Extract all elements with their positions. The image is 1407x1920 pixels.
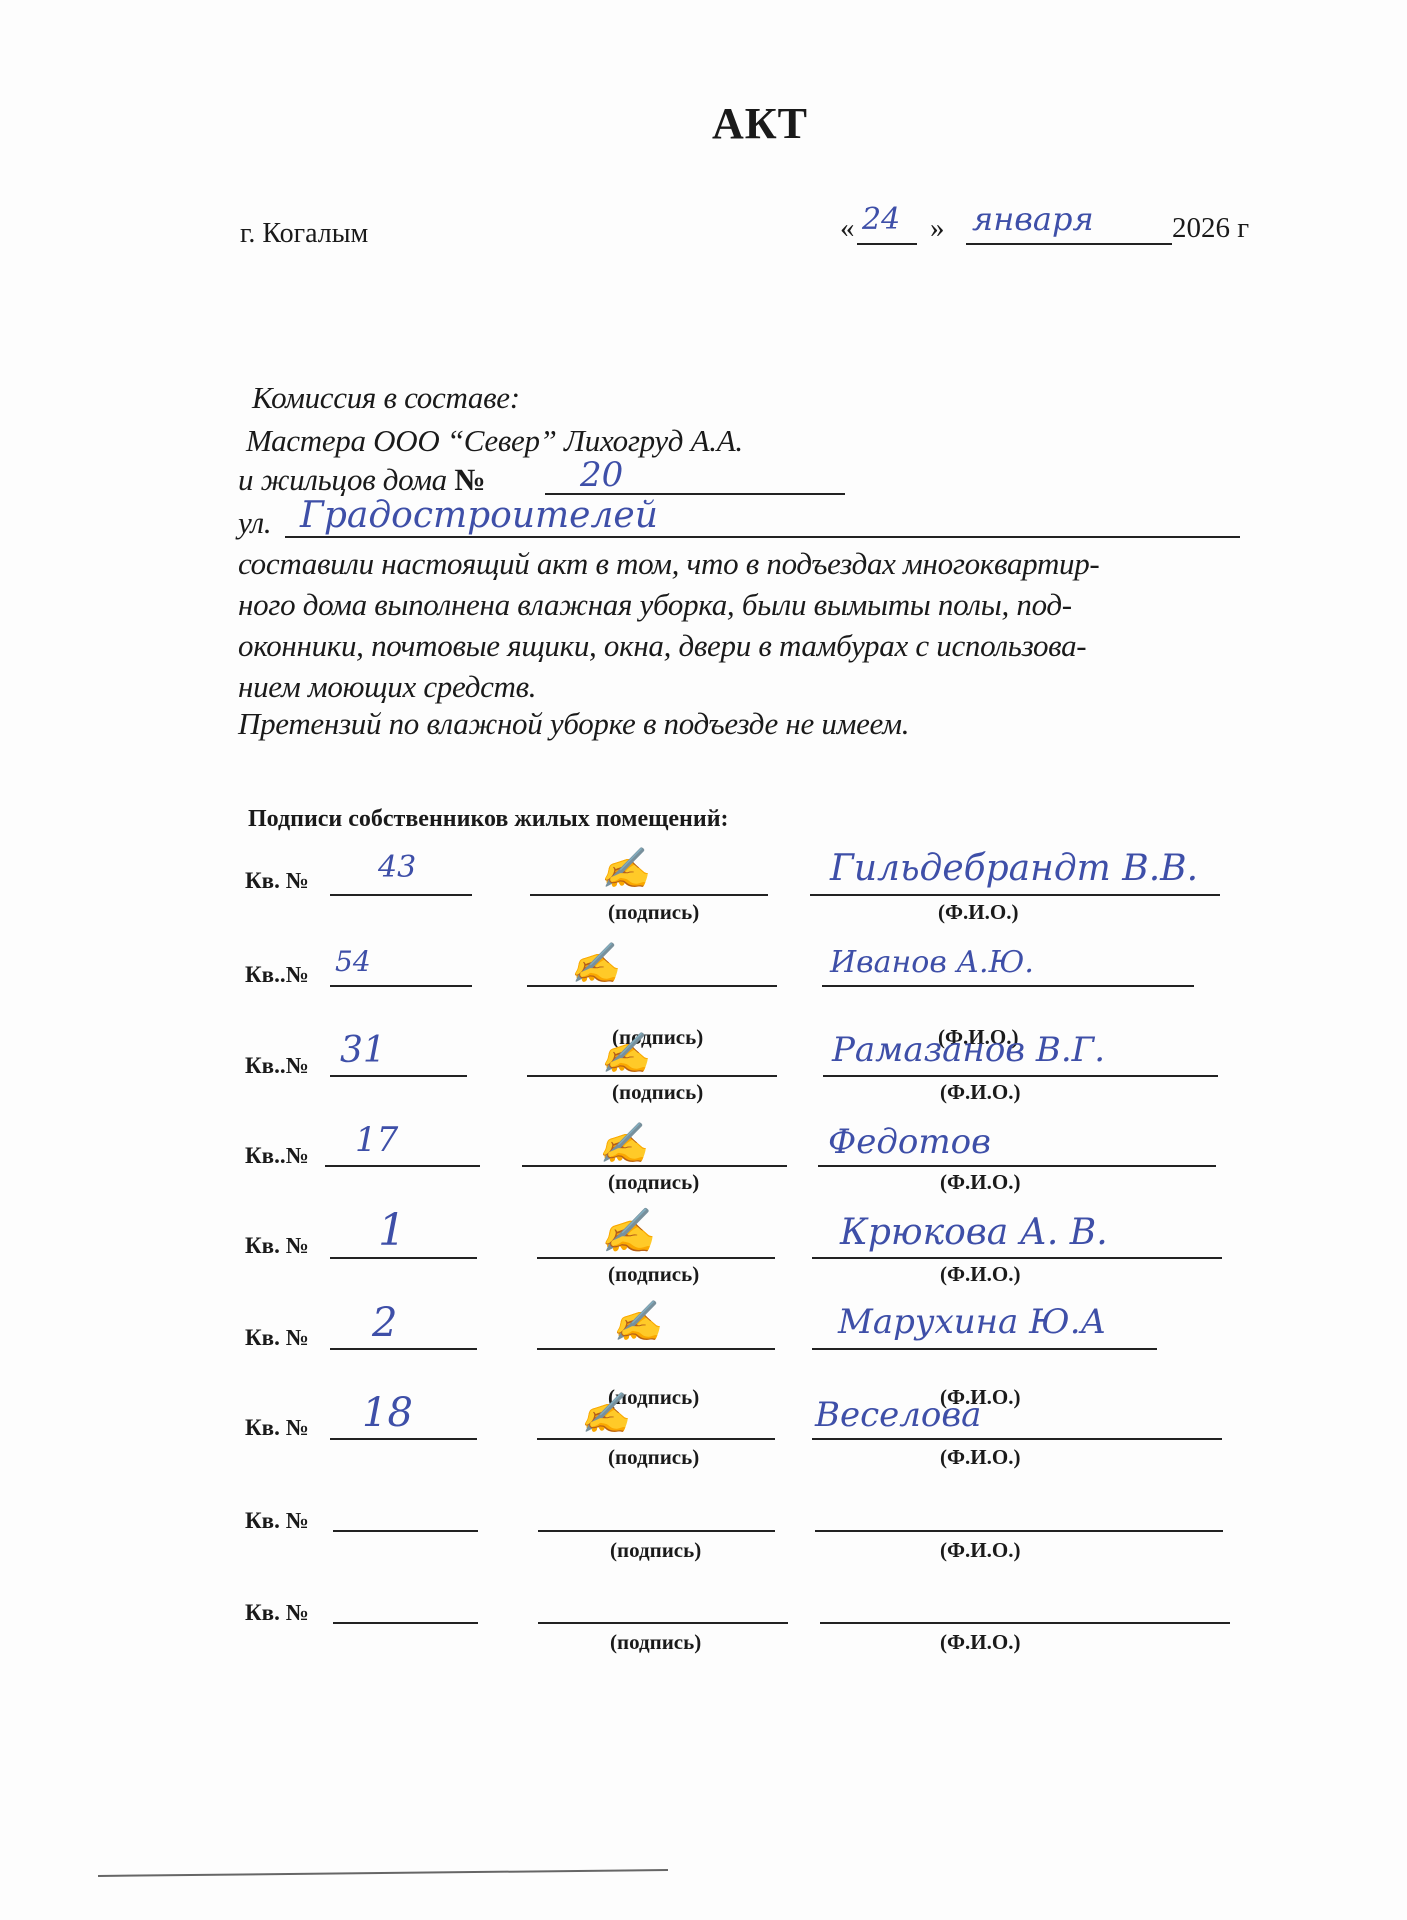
date-open-quote: « (840, 212, 855, 245)
name-caption: (Ф.И.О.) (940, 1445, 1020, 1470)
signature-field[interactable] (537, 1438, 775, 1440)
scan-artifact-line (98, 1869, 668, 1877)
signature-icon: ✍ (598, 1120, 648, 1167)
signature-field[interactable] (537, 1257, 775, 1259)
name-caption: (Ф.И.О.) (940, 1170, 1020, 1195)
apartment-label: Кв. № (245, 1233, 309, 1259)
apartment-number: 18 (362, 1390, 413, 1436)
signature-field[interactable] (537, 1348, 775, 1350)
apartment-number: 17 (355, 1120, 398, 1160)
apartment-field[interactable] (325, 1165, 480, 1167)
signature-caption: (подпись) (608, 1445, 699, 1470)
signature-field[interactable] (527, 985, 777, 987)
apartment-label: Кв..№ (245, 962, 309, 988)
signatures-heading: Подписи собственников жилых помещений: (248, 806, 729, 833)
apartment-field[interactable] (330, 1348, 477, 1350)
body-line-2: ного дома выполнена влажная уборка, были… (238, 587, 1072, 623)
street-name: Градостроителей (300, 495, 658, 536)
street-underline (285, 536, 1240, 538)
apartment-field[interactable] (330, 894, 472, 896)
house-number: 20 (580, 455, 623, 495)
body-line-4: нием моющих средств. (238, 669, 536, 705)
name-field[interactable] (818, 1165, 1216, 1167)
apartment-label: Кв..№ (245, 1053, 309, 1079)
apartment-field[interactable] (330, 1438, 477, 1440)
name-field[interactable] (823, 1075, 1218, 1077)
apartment-number: 1 (378, 1205, 406, 1256)
name-field[interactable] (822, 985, 1194, 987)
apartment-number: 2 (372, 1300, 397, 1346)
owner-name: Федотов (828, 1122, 991, 1162)
apartment-label: Кв..№ (245, 1143, 309, 1169)
apartment-number: 43 (378, 850, 416, 885)
body-line-1: составили настоящий акт в том, что в под… (238, 546, 1099, 582)
signature-caption: (подпись) (608, 1262, 699, 1287)
apartment-field[interactable] (330, 985, 472, 987)
apartment-label: Кв. № (245, 1415, 309, 1441)
apartment-field[interactable] (330, 1075, 467, 1077)
name-caption: (Ф.И.О.) (940, 1630, 1020, 1655)
name-field[interactable] (820, 1622, 1230, 1624)
signature-field[interactable] (538, 1530, 775, 1532)
signature-icon: ✍ (600, 845, 650, 892)
apartment-label: Кв. № (245, 1325, 309, 1351)
name-caption: (Ф.И.О.) (940, 1080, 1020, 1105)
name-field[interactable] (812, 1438, 1222, 1440)
commission-line-1: Комиссия в составе: (252, 380, 520, 416)
apartment-number: 54 (335, 945, 371, 978)
name-caption: (Ф.И.О.) (940, 1538, 1020, 1563)
apartment-field[interactable] (330, 1257, 477, 1259)
street-label: ул. (238, 505, 271, 541)
day-underline (857, 243, 917, 245)
body-line-5: Претензий по влажной уборке в подъезде н… (238, 706, 909, 742)
owner-name: Веселова (815, 1395, 981, 1435)
signature-field[interactable] (522, 1165, 787, 1167)
signature-icon: ✍ (580, 1390, 630, 1437)
document-title: АКТ (0, 98, 1407, 149)
apartment-label: Кв. № (245, 1508, 309, 1534)
signature-field[interactable] (527, 1075, 777, 1077)
signature-caption: (подпись) (610, 1630, 701, 1655)
name-field[interactable] (812, 1257, 1222, 1259)
month-underline (966, 243, 1172, 245)
signature-caption: (подпись) (608, 900, 699, 925)
name-field[interactable] (812, 1348, 1157, 1350)
signature-caption: (подпись) (610, 1538, 701, 1563)
residents-label: и жильцов дома (238, 462, 454, 497)
apartment-label: Кв. № (245, 868, 309, 894)
name-caption: (Ф.И.О.) (940, 1262, 1020, 1287)
signature-caption: (подпись) (612, 1080, 703, 1105)
city: г. Когалым (240, 218, 368, 250)
apartment-number: 31 (340, 1030, 386, 1071)
apartment-field[interactable] (333, 1622, 478, 1624)
owner-name: Гильдебрандт В.В. (830, 848, 1198, 889)
date-year: 2026 г (1172, 212, 1249, 245)
signature-caption: (подпись) (608, 1170, 699, 1195)
signature-icon: ✍ (600, 1030, 650, 1077)
signature-icon: ✍ (612, 1298, 662, 1345)
signature-icon: ✍ (600, 1205, 655, 1257)
name-field[interactable] (810, 894, 1220, 896)
owner-name: Иванов А.Ю. (830, 945, 1034, 980)
name-field[interactable] (815, 1530, 1223, 1532)
owner-name: Марухина Ю.А (838, 1302, 1106, 1342)
signature-icon: ✍ (570, 940, 620, 987)
date-month: января (972, 200, 1094, 238)
apartment-field[interactable] (333, 1530, 478, 1532)
owner-name: Крюкова А. В. (840, 1212, 1108, 1253)
name-caption: (Ф.И.О.) (938, 900, 1018, 925)
date-close-quote: » (930, 212, 945, 245)
apartment-label: Кв. № (245, 1600, 309, 1626)
commission-line-3: и жильцов дома № (238, 462, 485, 498)
signature-field[interactable] (538, 1622, 788, 1624)
signature-field[interactable] (530, 894, 768, 896)
commission-line-2: Мастера ООО “Север” Лихогруд А.А. (246, 423, 743, 459)
body-line-3: оконники, почтовые ящики, окна, двери в … (238, 628, 1086, 664)
number-sign: № (454, 462, 485, 497)
owner-name: Рамазанов В.Г. (832, 1030, 1105, 1070)
date-day: 24 (862, 202, 900, 237)
